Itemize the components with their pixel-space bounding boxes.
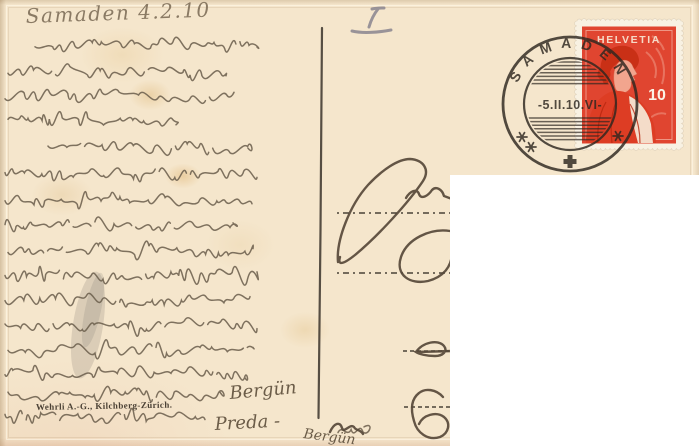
handwritten-date: Samaden 4.2.10 [25, 0, 211, 28]
address-handwriting [330, 159, 452, 438]
postmark-date: -5.II.10.VI- [538, 98, 602, 112]
pencil-mark [352, 8, 391, 32]
divider-line [319, 28, 323, 418]
handwritten-place-bergun: Bergün [228, 377, 298, 404]
stamp-denomination: 10 [648, 87, 666, 104]
address-dotted-lines [337, 213, 450, 407]
handwritten-place-preda: Preda - [213, 411, 280, 435]
postmark: SAMADEN -5.II.10.VI- [503, 35, 637, 171]
shorthand-message [5, 37, 370, 433]
redaction-overlay [450, 175, 699, 446]
postmark-cross-icon [564, 155, 577, 168]
postcard-scan: Samaden 4.2.10 Bergün Preda - Bergün Weh… [0, 0, 699, 446]
stamp-country-label: HELVETIA [597, 34, 661, 46]
publisher-imprint: Wehrli A.-G., Kilchberg-Zürich. [36, 400, 173, 412]
